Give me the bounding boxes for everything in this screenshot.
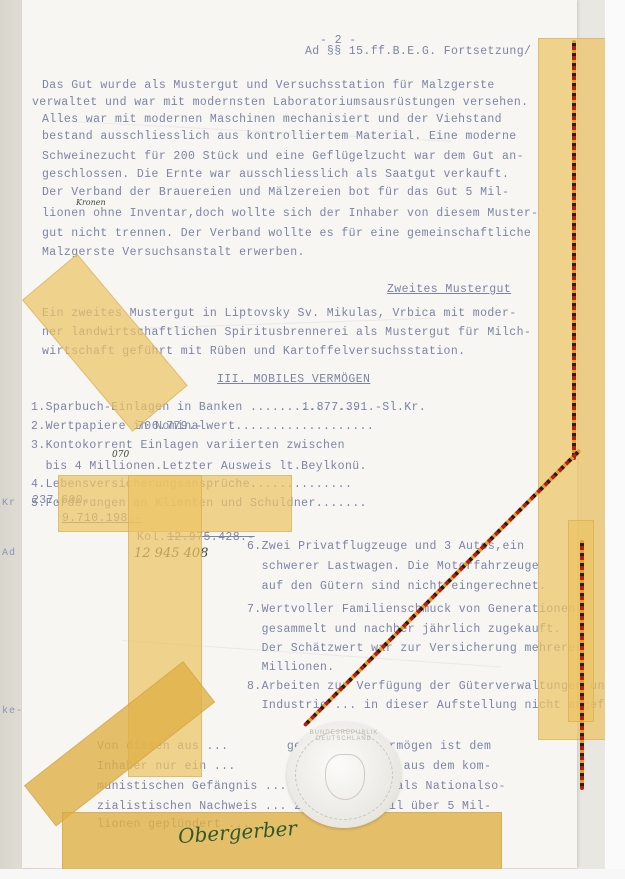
text-line: schwerer Lastwagen. Die Motorfahrzeuge	[247, 560, 539, 573]
text-line: auf den Gütern sind nicht eingerechnet.	[247, 580, 546, 593]
text-line: gut nicht trennen. Der Verband wollte es…	[42, 227, 531, 240]
scanned-document: Ad ke- Kr - 2 - Ad §§ 15.ff.B.E.G. Forts…	[0, 0, 625, 879]
page-heading: Ad §§ 15.ff.B.E.G. Fortsetzung/	[305, 45, 531, 58]
section-label: Zweites Mustergut	[387, 283, 511, 296]
handwritten-margin-note: 070	[112, 450, 129, 460]
text-line: Das Gut wurde als Mustergut und Versuchs…	[42, 79, 495, 92]
background-fragment: ke-	[2, 706, 23, 717]
text-line: Der Verband der Brauereien und Mälzereie…	[42, 186, 509, 199]
text-line: geschlossen. Die Ernte war ausschliessli…	[42, 168, 509, 181]
asset-item-amount: 1.877.391.-Sl.Kr.	[302, 401, 426, 414]
background-fragment: Kr	[2, 498, 16, 509]
seal-inscription: BUNDESREPUBLIK DEUTSCHLAND	[287, 730, 401, 742]
background-fragment: Ad	[2, 548, 16, 559]
text-line: Der Schätzwert war zur Versicherung mehr…	[247, 642, 583, 655]
asset-item-text: 3.Kontokorrent Einlagen variierten zwisc…	[31, 439, 345, 452]
handwritten-insert: Kronen	[76, 198, 106, 207]
binding-cord-vertical	[572, 40, 576, 460]
section-title: III. MOBILES VERMÖGEN	[217, 373, 370, 386]
scan-margin-bottom	[0, 869, 625, 879]
text-line: Alles war mit modernen Maschinen mechani…	[42, 113, 502, 126]
binding-cord-lower	[580, 540, 584, 790]
asset-item-amount: 706.779.-	[137, 420, 203, 433]
asset-item-text: bis 4 Millionen.Letzter Ausweis lt.Beylk…	[31, 460, 367, 473]
text-line: Millionen.	[247, 661, 335, 674]
text-line: verwaltet und war mit modernsten Laborat…	[32, 96, 528, 109]
embossed-seal: BUNDESREPUBLIK DEUTSCHLAND	[287, 722, 401, 828]
text-line: Schweinezucht für 200 Stück und eine Gef…	[42, 150, 524, 163]
text-line: Malzgerste Versuchsanstalt erwerben.	[42, 246, 305, 259]
text-line: lionen ohne Inventar,doch wollte sich de…	[42, 207, 538, 220]
scan-margin-right	[605, 0, 625, 879]
eagle-emblem-icon	[325, 754, 365, 800]
text-line: bestand ausschliesslich aus kontrolliert…	[42, 130, 517, 143]
